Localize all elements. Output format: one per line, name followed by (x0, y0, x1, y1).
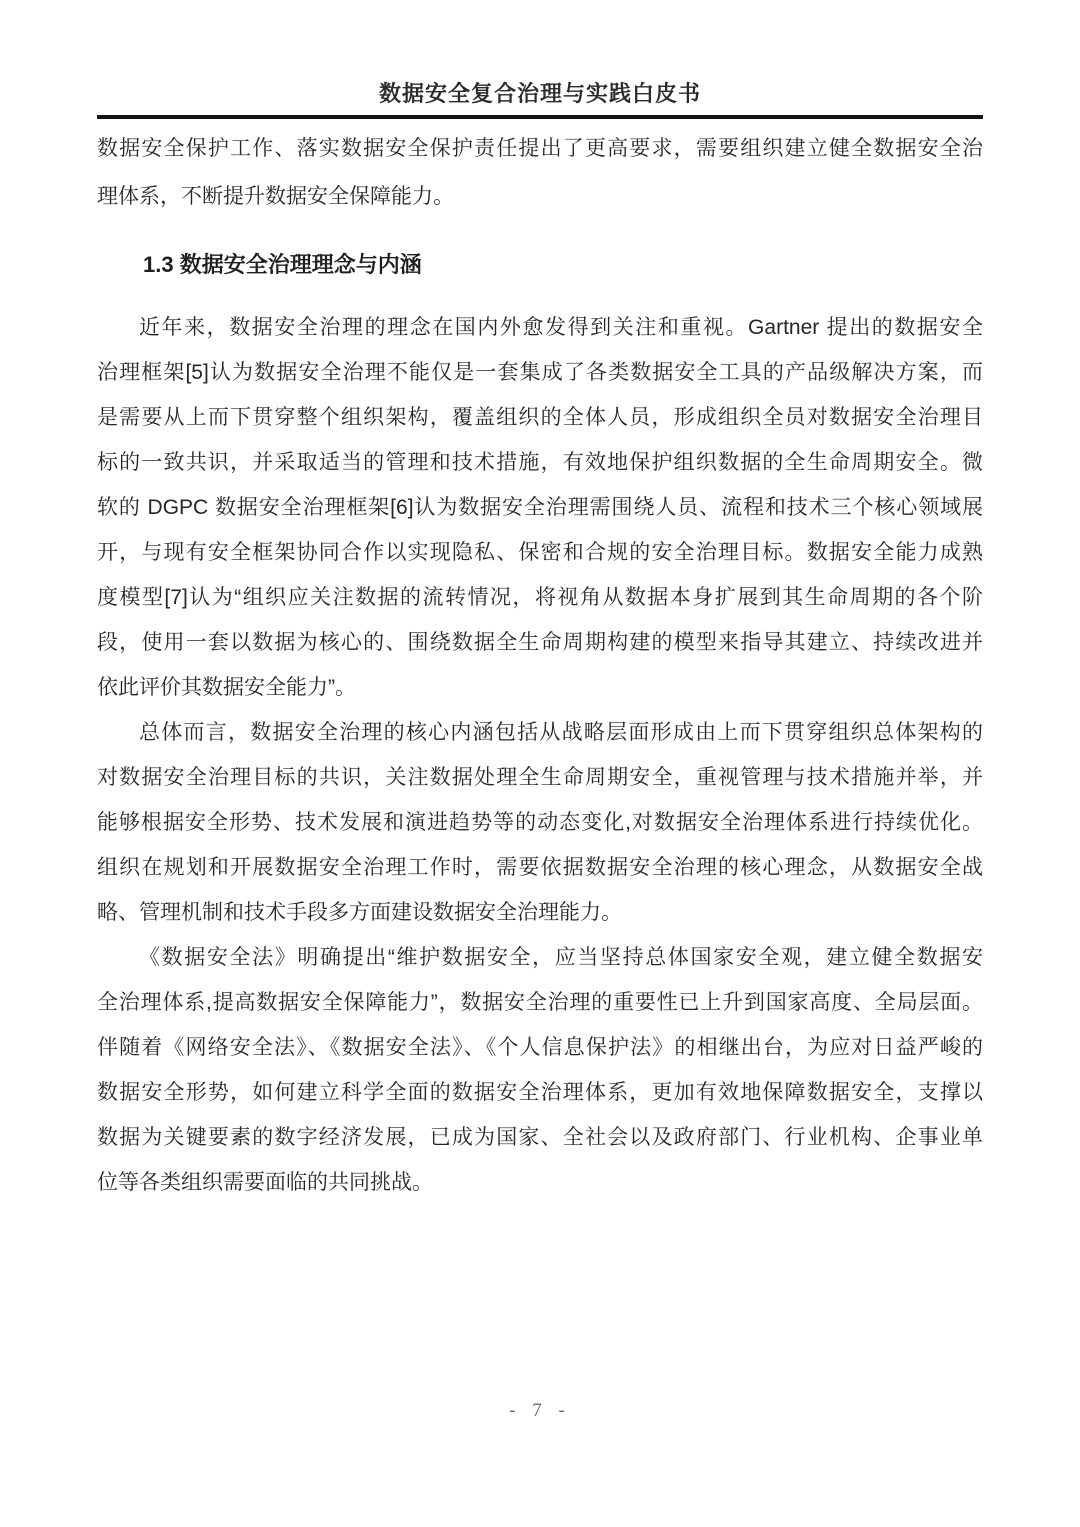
text-line: 总体而言，数据安全治理的核心内涵包括从战略层面形成由上而下贯穿组织总体架构的 (97, 710, 983, 755)
header-rule (97, 115, 983, 119)
page-number: - 7 - (0, 1400, 1080, 1422)
text-line: 治理框架[5]认为数据安全治理不能仅是一套集成了各类数据安全工具的产品级解决方案… (97, 350, 983, 395)
text-line: 全治理体系,提高数据安全保障能力”，数据安全治理的重要性已上升到国家高度、全局层… (97, 980, 983, 1025)
text-line: 略、管理机制和技术手段多方面建设数据安全治理能力。 (97, 890, 983, 935)
document-page: 数据安全复合治理与实践白皮书 数据安全保护工作、落实数据安全保护责任提出了更高要… (0, 0, 1080, 1527)
section-heading: 1.3 数据安全治理理念与内涵 (97, 251, 983, 279)
text-line: 标的一致共识，并采取适当的管理和技术措施，有效地保护组织数据的全生命周期安全。微 (97, 440, 983, 485)
body-paragraph: 近年来，数据安全治理的理念在国内外愈发得到关注和重视。Gartner 提出的数据… (97, 305, 983, 710)
text-line: 近年来，数据安全治理的理念在国内外愈发得到关注和重视。Gartner 提出的数据… (97, 305, 983, 350)
text-line: 依此评价其数据安全能力”。 (97, 665, 983, 710)
text-line: 《数据安全法》明确提出“维护数据安全，应当坚持总体国家安全观，建立健全数据安 (97, 935, 983, 980)
text-line: 理体系，不断提升数据安全保障能力。 (97, 173, 983, 221)
body-paragraph: 总体而言，数据安全治理的核心内涵包括从战略层面形成由上而下贯穿组织总体架构的对数… (97, 710, 983, 935)
text-line: 是需要从上而下贯穿整个组织架构，覆盖组织的全体人员，形成组织全员对数据安全治理目 (97, 395, 983, 440)
text-line: 组织在规划和开展数据安全治理工作时，需要依据数据安全治理的核心理念，从数据安全战 (97, 845, 983, 890)
intro-paragraph: 数据安全保护工作、落实数据安全保护责任提出了更高要求，需要组织建立健全数据安全治… (97, 125, 983, 221)
text-line: 数据安全保护工作、落实数据安全保护责任提出了更高要求，需要组织建立健全数据安全治 (97, 125, 983, 173)
text-line: 软的 DGPC 数据安全治理框架[6]认为数据安全治理需围绕人员、流程和技术三个… (97, 485, 983, 530)
text-line: 段，使用一套以数据为核心的、围绕数据全生命周期构建的模型来指导其建立、持续改进并 (97, 620, 983, 665)
text-line: 伴随着《网络安全法》、《数据安全法》、《个人信息保护法》的相继出台，为应对日益严… (97, 1025, 983, 1070)
text-line: 数据安全形势，如何建立科学全面的数据安全治理体系，更加有效地保障数据安全，支撑以 (97, 1070, 983, 1115)
text-line: 对数据安全治理目标的共识，关注数据处理全生命周期安全，重视管理与技术措施并举，并 (97, 755, 983, 800)
text-line: 位等各类组织需要面临的共同挑战。 (97, 1160, 983, 1205)
text-line: 度模型[7]认为“组织应关注数据的流转情况，将视角从数据本身扩展到其生命周期的各… (97, 575, 983, 620)
text-line: 开，与现有安全框架协同合作以实现隐私、保密和合规的安全治理目标。数据安全能力成熟 (97, 530, 983, 575)
body-paragraph: 《数据安全法》明确提出“维护数据安全，应当坚持总体国家安全观，建立健全数据安全治… (97, 935, 983, 1205)
page-header-title: 数据安全复合治理与实践白皮书 (97, 82, 983, 106)
page-content: 数据安全复合治理与实践白皮书 数据安全保护工作、落实数据安全保护责任提出了更高要… (97, 0, 983, 1205)
body-paragraphs: 近年来，数据安全治理的理念在国内外愈发得到关注和重视。Gartner 提出的数据… (97, 305, 983, 1205)
text-line: 能够根据安全形势、技术发展和演进趋势等的动态变化,对数据安全治理体系进行持续优化… (97, 800, 983, 845)
text-line: 数据为关键要素的数字经济发展，已成为国家、全社会以及政府部门、行业机构、企事业单 (97, 1115, 983, 1160)
